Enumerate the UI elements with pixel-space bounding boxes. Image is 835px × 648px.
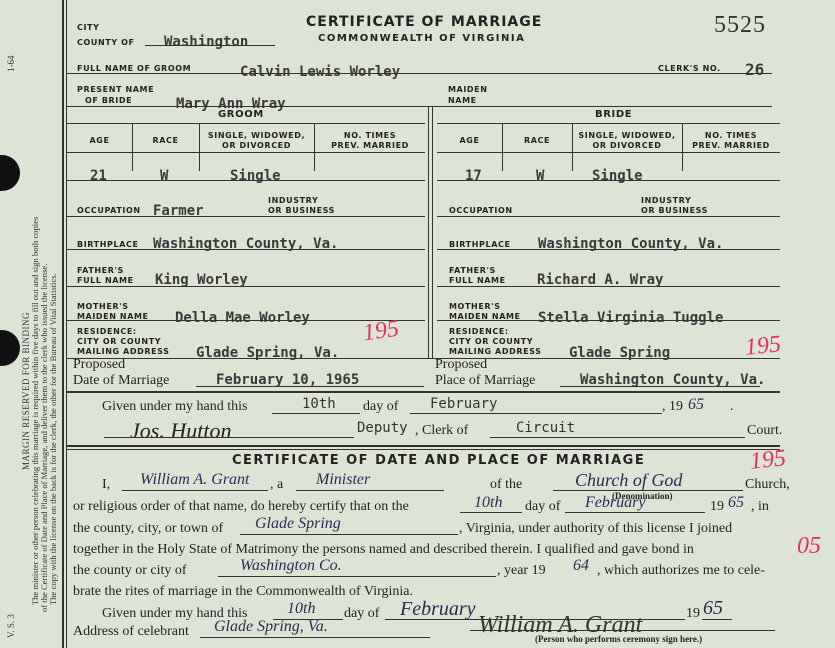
rule: [437, 320, 780, 321]
bride-status-label: SINGLE, WIDOWED,: [572, 131, 682, 141]
rule: [437, 180, 780, 181]
groom-residence-label: RESIDENCE:: [77, 327, 137, 337]
rule: [67, 123, 425, 124]
celebrant-year-value: 65: [703, 597, 723, 620]
underline: [490, 437, 745, 438]
groom-red-annotation: 195: [361, 316, 400, 348]
county-label: COUNTY OF: [77, 38, 135, 48]
groom-status-label: SINGLE, WIDOWED,: [199, 131, 314, 141]
groom-mother: Della Mae Worley: [175, 310, 310, 326]
church-suffix: Church,: [745, 477, 790, 493]
groom-prev-label: NO. TIMES: [314, 131, 426, 141]
cert-year-value: 65: [728, 494, 744, 512]
rule: [67, 216, 425, 217]
underline: [145, 45, 275, 46]
underline: [122, 490, 268, 491]
column-divider: [432, 106, 433, 359]
address-label: Address of celebrant: [73, 624, 189, 640]
groom-prev-label-2: PREV. MARRIED: [314, 141, 426, 151]
clerk-day-value: 10th: [302, 396, 336, 412]
groom-father-label-2: FULL NAME: [77, 276, 134, 286]
marriage-certificate: 1-64 V. S. 3 MARGIN RESERVED FOR BINDING…: [0, 0, 835, 648]
cert-year-suffix: , in: [751, 499, 769, 515]
groom-race-label: RACE: [132, 136, 199, 146]
cell-divider: [132, 123, 133, 171]
signature-note: (Person who performs ceremony sign here.…: [535, 634, 702, 644]
proposed-label: Proposed: [73, 357, 125, 373]
bride-heading: BRIDE: [595, 110, 632, 120]
bride-age-label: AGE: [437, 136, 502, 146]
bride-mother-label: MOTHER'S: [449, 302, 501, 312]
groom-name-value: Calvin Lewis Worley: [240, 64, 400, 80]
rule: [67, 249, 425, 250]
document-subtitle: COMMONWEALTH OF VIRGINIA: [318, 33, 525, 44]
bride-prev-label-2: PREV. MARRIED: [682, 141, 780, 151]
a-label: , a: [270, 477, 283, 493]
i-label: I,: [102, 477, 110, 493]
bride-present-label: PRESENT NAME: [77, 85, 154, 95]
bride-status: Single: [592, 168, 643, 184]
form-code: V. S. 3: [6, 614, 16, 638]
rule: [67, 445, 780, 447]
cert-line-6: brate the rites of marriage in the Commo…: [73, 584, 413, 600]
bond-year-value: 64: [573, 557, 589, 575]
groom-occupation-label: OCCUPATION: [77, 206, 141, 216]
of-the-label: of the: [490, 477, 522, 493]
underline: [200, 637, 430, 638]
cert-day-of: day of: [525, 499, 560, 515]
margin-rule: [66, 0, 67, 648]
cert-year-prefix: 19: [710, 499, 724, 515]
bride-prev-label: NO. TIMES: [682, 131, 780, 141]
document-title: CERTIFICATE OF MARRIAGE: [306, 14, 542, 30]
proposed-label-2: Proposed: [435, 357, 487, 373]
underline: [218, 576, 496, 577]
clerk-year-suffix: .: [730, 399, 734, 415]
celebrant-day-value: 10th: [287, 600, 315, 618]
bride-present-label-2: OF BRIDE: [85, 96, 132, 106]
denomination-value: Church of God: [575, 470, 682, 491]
bride-industry-label-2: OR BUSINESS: [641, 206, 708, 216]
cell-divider: [502, 123, 503, 171]
rule: [67, 286, 425, 287]
address-value: Glade Spring, Va.: [214, 618, 328, 636]
proposed-date-label: Date of Marriage: [73, 373, 169, 389]
cert-line-5-suffix: , which authorizes me to cele-: [597, 563, 765, 579]
underline: [240, 534, 458, 535]
groom-status-label-2: OR DIVORCED: [199, 141, 314, 151]
underline: [702, 619, 732, 620]
groom-residence-label-2: CITY OR COUNTY: [77, 337, 161, 347]
celebrant-year-prefix: 19: [686, 606, 700, 622]
underline: [410, 413, 662, 414]
signature-line: [470, 630, 775, 631]
rule: [67, 358, 780, 359]
cert-line-5-mid: , year 19: [497, 563, 546, 579]
clerk-month-value: February: [430, 396, 497, 412]
groom-age: 21: [90, 168, 107, 184]
red-annotation-05: 05: [797, 533, 821, 560]
maiden-label-2: NAME: [448, 96, 477, 106]
groom-mother-label: MOTHER'S: [77, 302, 129, 312]
cert-month-value: February: [585, 494, 645, 512]
maiden-label: MAIDEN: [448, 85, 488, 95]
red-annotation-195: 195: [749, 445, 788, 476]
rule: [437, 123, 780, 124]
bride-residence-label-3: MAILING ADDRESS: [449, 347, 542, 357]
margin-rule: [62, 0, 64, 648]
groom-age-label: AGE: [67, 136, 132, 146]
groom-heading: GROOM: [218, 110, 264, 120]
bride-race-label: RACE: [502, 136, 572, 146]
court-value: Circuit: [516, 420, 575, 436]
clerk-no-value: 26: [745, 60, 764, 79]
bride-father-label-2: FULL NAME: [449, 276, 506, 286]
bride-mother: Stella Virginia Tuggle: [538, 310, 723, 326]
underline: [460, 512, 522, 513]
proposed-place-label: Place of Marriage: [435, 373, 535, 389]
celebrant-name: William A. Grant: [140, 471, 250, 489]
underline: [296, 490, 444, 491]
clerk-of-label: , Clerk of: [415, 423, 468, 439]
rule: [67, 106, 772, 107]
bride-father-label: FATHER'S: [449, 266, 496, 276]
rule: [67, 449, 780, 450]
bride-residence-label: RESIDENCE:: [449, 327, 509, 337]
rule: [67, 180, 425, 181]
rule: [437, 152, 780, 153]
rule: [67, 391, 780, 393]
groom-industry-label-2: OR BUSINESS: [268, 206, 335, 216]
bride-occupation-label: OCCUPATION: [449, 206, 513, 216]
underline: [565, 512, 705, 513]
rule: [437, 286, 780, 287]
celebrant-day-of: day of: [344, 606, 379, 622]
margin-instruction: The copy with the license on the back is…: [48, 273, 58, 605]
bride-status-label-2: OR DIVORCED: [572, 141, 682, 151]
cert-day-value: 10th: [474, 494, 502, 512]
deputy-label: Deputy: [357, 420, 408, 436]
punch-hole: [0, 330, 20, 366]
binding-margin: 1-64 V. S. 3 MARGIN RESERVED FOR BINDING…: [0, 0, 64, 648]
punch-hole: [0, 155, 20, 191]
clerk-year-prefix: , 19: [662, 399, 683, 415]
clerk-day-of: day of: [363, 399, 398, 415]
rule: [437, 216, 780, 217]
clerk-year-value: 65: [688, 396, 704, 414]
bride-residence-label-2: CITY OR COUNTY: [449, 337, 533, 347]
court-suffix: Court.: [747, 423, 782, 439]
clerk-signature: Jos. Hutton: [130, 418, 231, 444]
signature-line: [104, 437, 354, 438]
underline: [196, 386, 424, 387]
bride-race: W: [536, 168, 544, 184]
cert-line-3-prefix: the county, city, or town of: [73, 521, 223, 537]
bond-county-value: Washington Co.: [240, 557, 342, 575]
groom-residence-label-3: MAILING ADDRESS: [77, 347, 170, 357]
cert-line-5-prefix: the county or city of: [73, 563, 187, 579]
cert-line-2: or religious order of that name, do here…: [73, 499, 409, 515]
underline: [560, 386, 760, 387]
celebrant-cert-heading: CERTIFICATE OF DATE AND PLACE OF MARRIAG…: [232, 453, 645, 468]
underline: [272, 413, 360, 414]
rule: [437, 249, 780, 250]
groom-race: W: [160, 168, 168, 184]
celebrant-title: Minister: [316, 471, 370, 489]
cert-line-4: together in the Holy State of Matrimony …: [73, 542, 694, 558]
form-id: 1-64: [6, 56, 16, 73]
county-value: Washington: [164, 34, 248, 50]
column-divider: [428, 106, 429, 359]
clerk-given-text: Given under my hand this: [102, 399, 247, 415]
city-label: CITY: [77, 23, 100, 33]
groom-status: Single: [230, 168, 281, 184]
rule: [67, 73, 772, 74]
cert-line-3-suffix: , Virginia, under authority of this lice…: [459, 521, 732, 537]
certificate-number: 5525: [714, 12, 766, 39]
rule: [67, 152, 425, 153]
groom-industry-label: INDUSTRY: [268, 196, 318, 206]
bride-age: 17: [465, 168, 482, 184]
groom-father-label: FATHER'S: [77, 266, 124, 276]
town-value: Glade Spring: [255, 515, 341, 533]
bride-industry-label: INDUSTRY: [641, 196, 691, 206]
celebrant-month-value: February: [400, 598, 476, 621]
